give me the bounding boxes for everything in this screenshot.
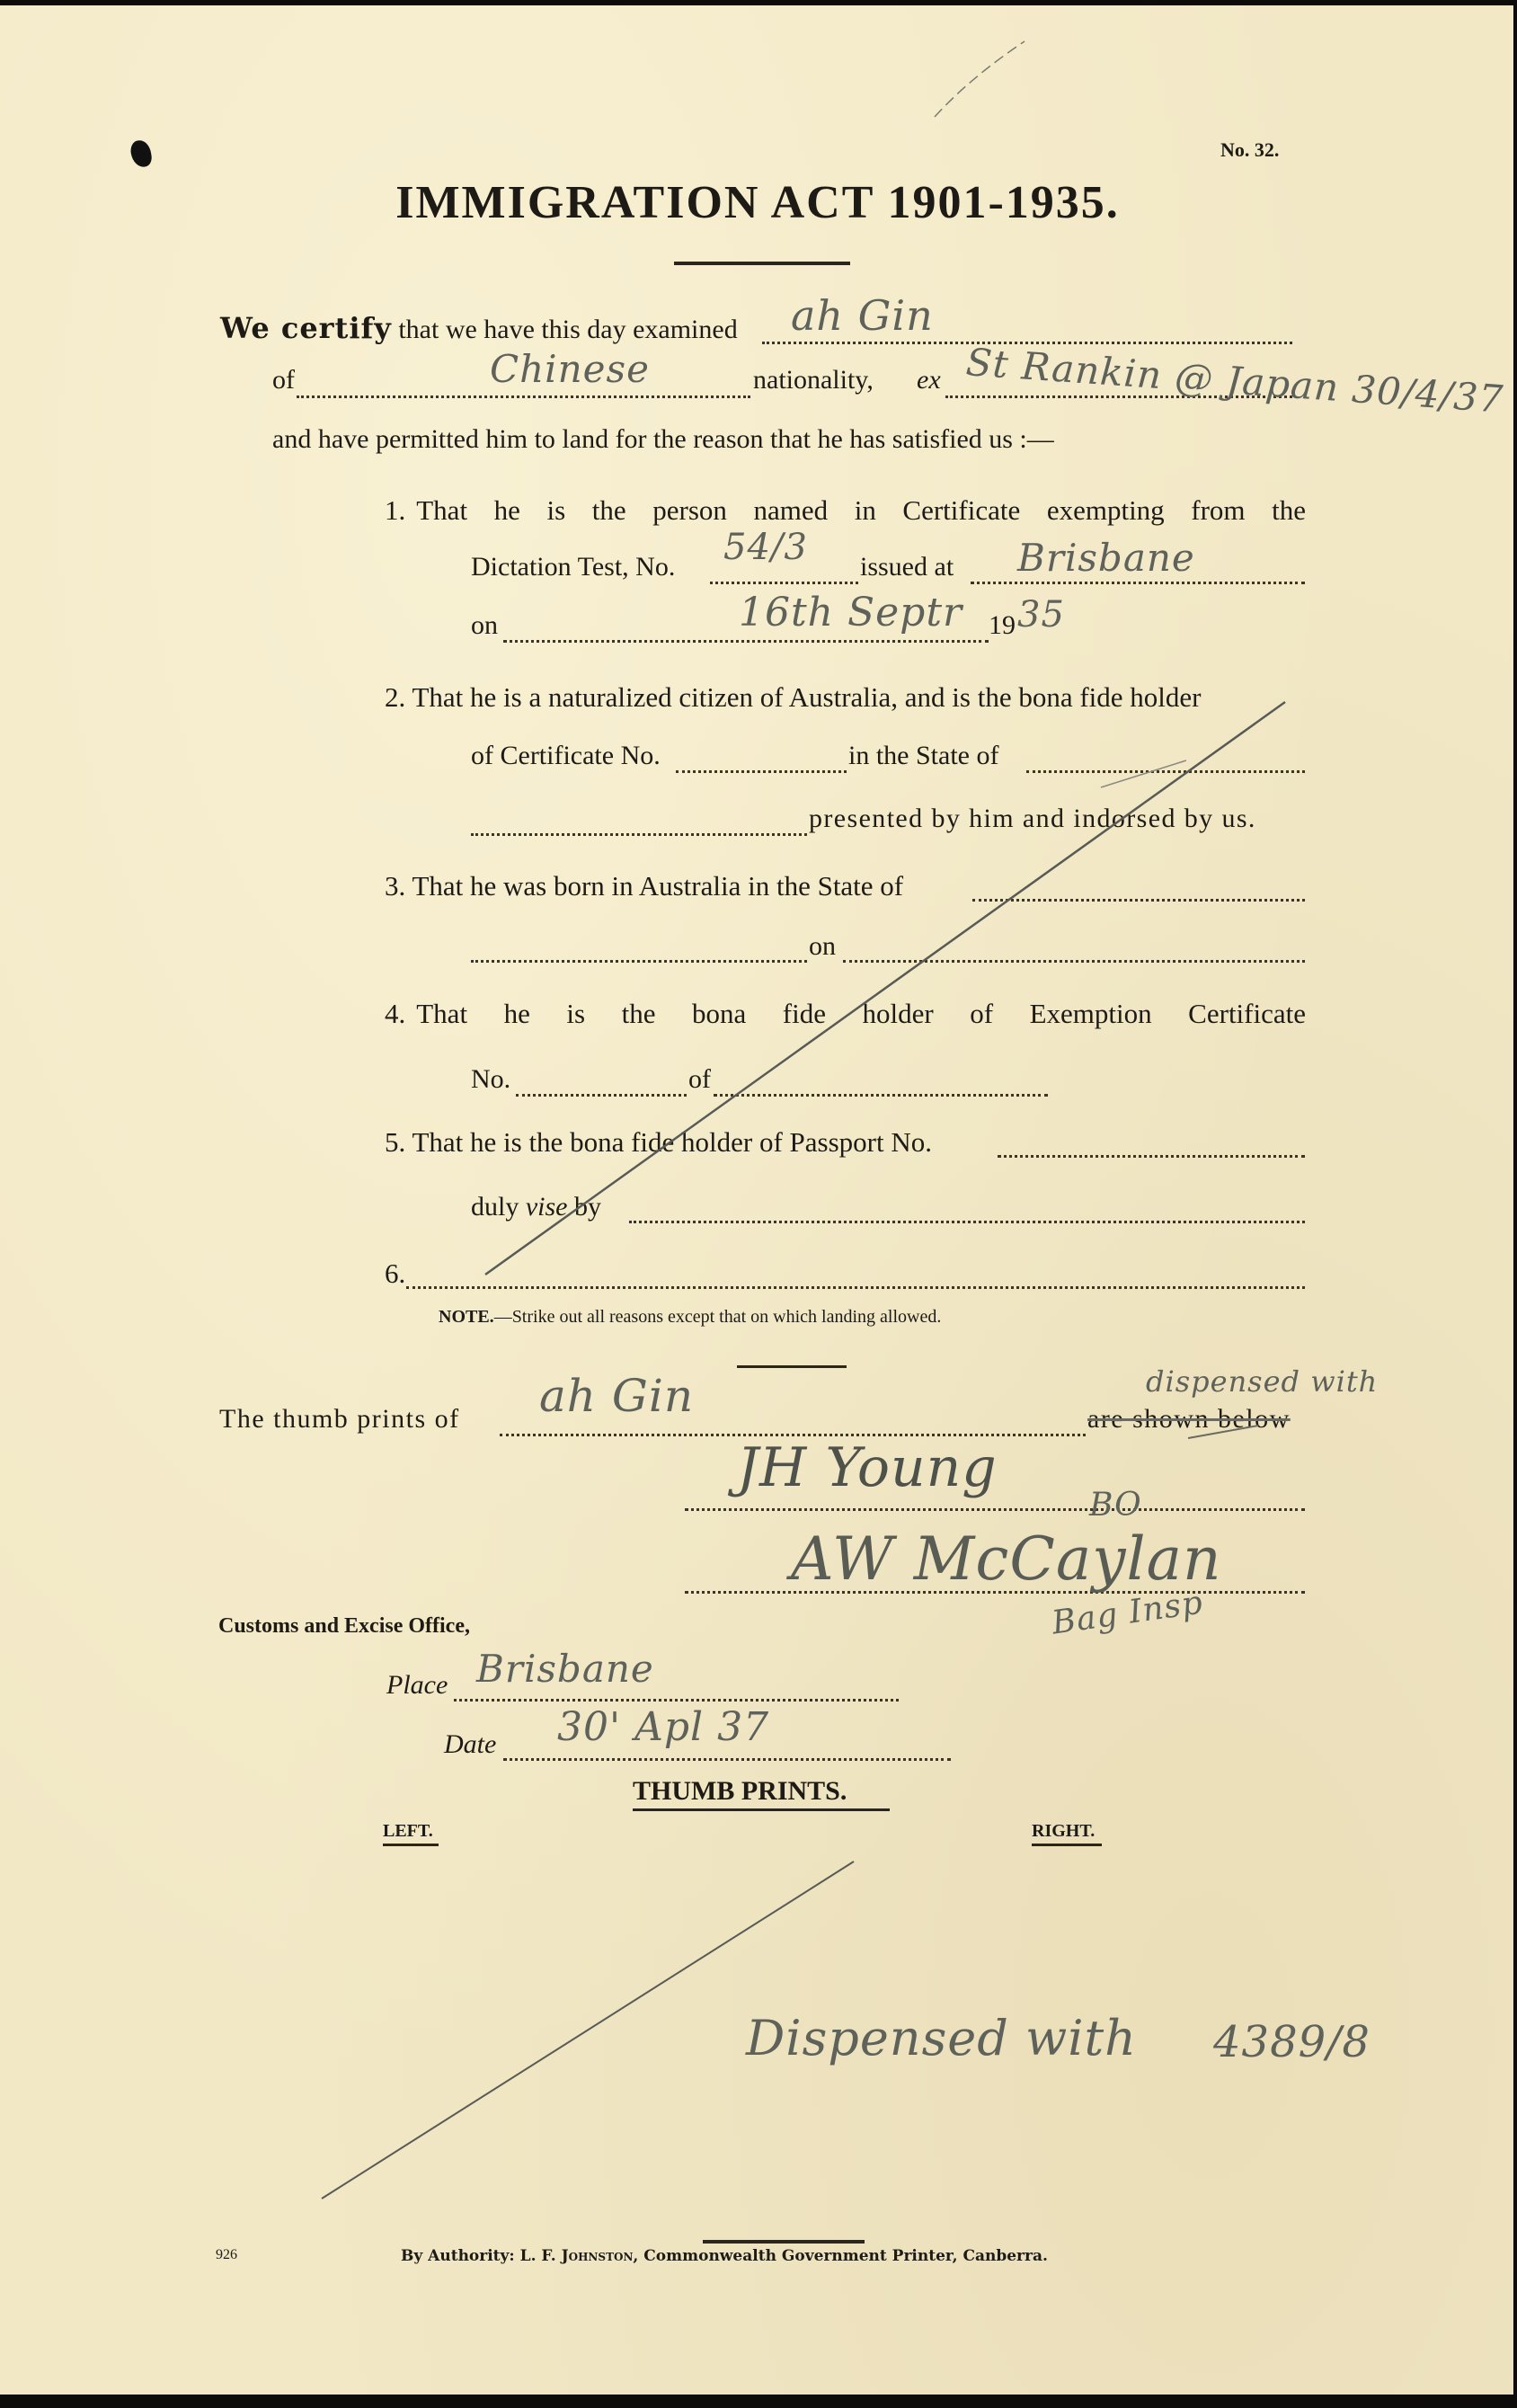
document-page: No. 32. IMMIGRATION ACT 1901-1935. We ce… (0, 5, 1513, 2395)
annotation-underline-mark (1188, 1426, 1258, 1438)
pencil-mark (1101, 760, 1186, 787)
reasons-strike-line (485, 702, 1285, 1275)
thumb-prints-strike-line (322, 1862, 854, 2199)
strike-through-lines (0, 5, 1513, 2395)
paper-crease-mark (935, 41, 1025, 117)
